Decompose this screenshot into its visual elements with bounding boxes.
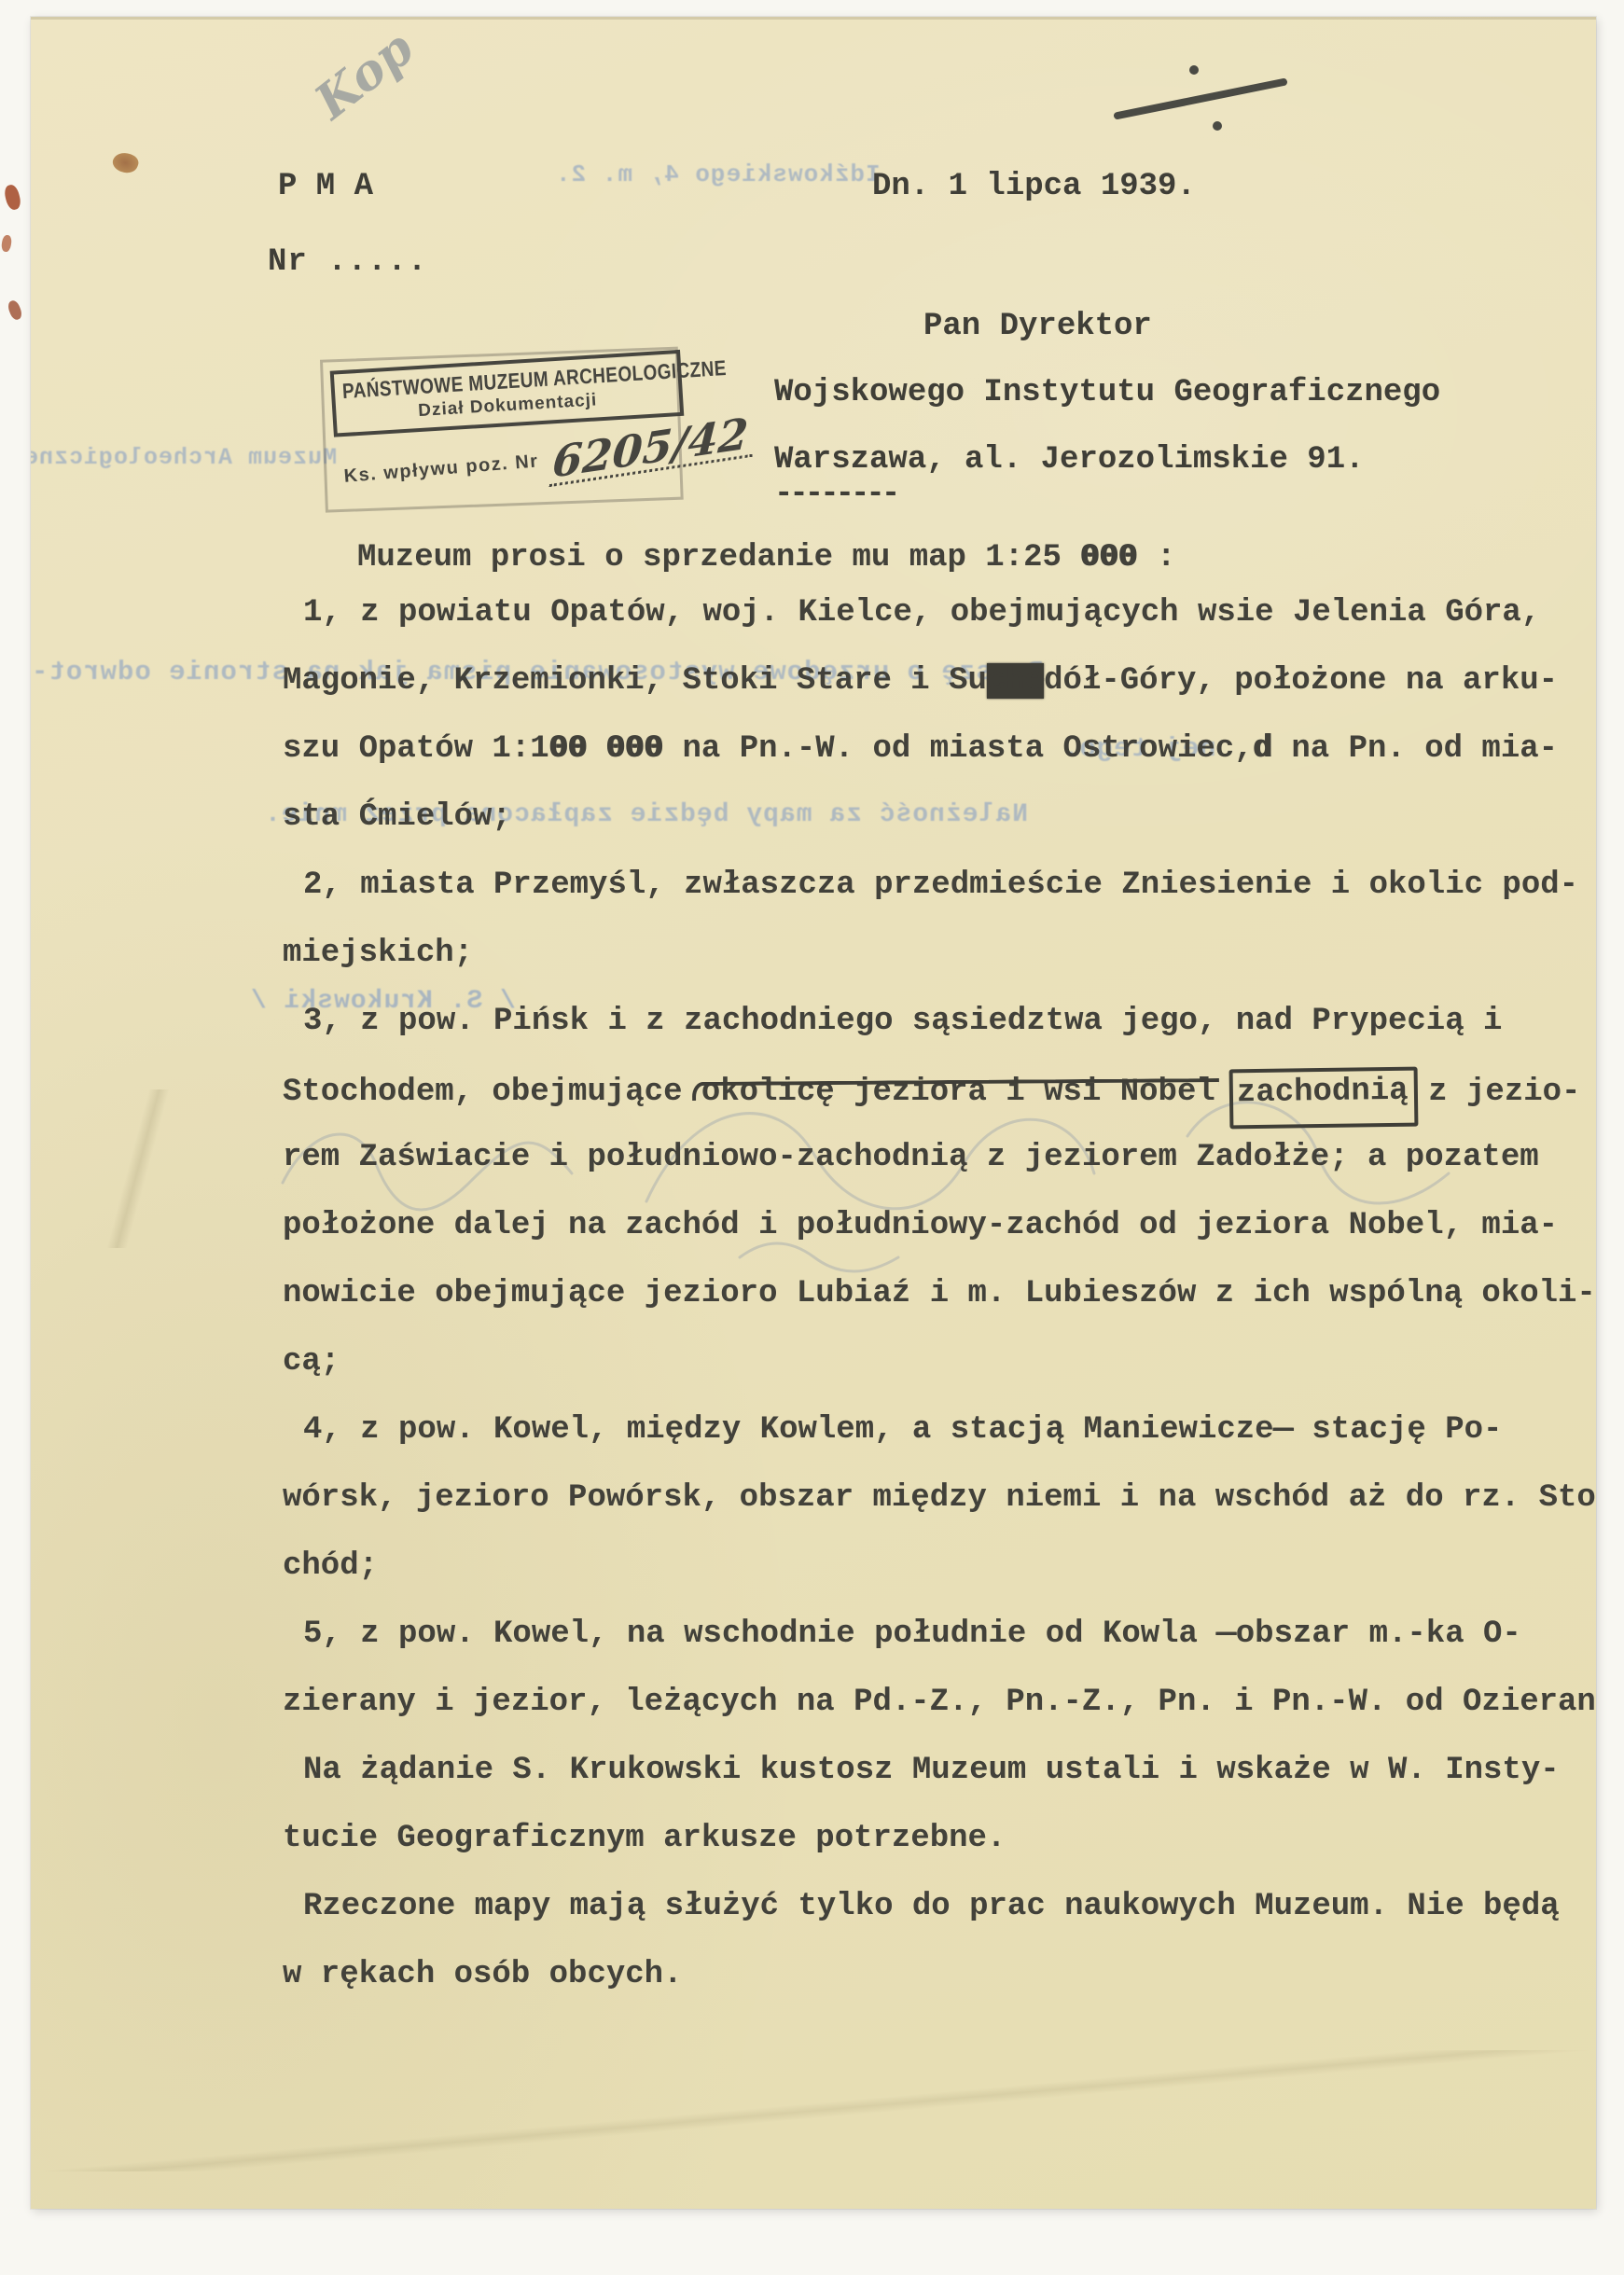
- text-segment: 000: [1080, 540, 1137, 576]
- text-segment: d: [1254, 731, 1272, 767]
- registry-stamp: PAŃSTWOWE MUZEUM ARCHEOLOGICZNE Dział Do…: [330, 345, 755, 485]
- body-line: 4, z pow. Kowel, między Kowlem, a stacją…: [283, 1412, 1596, 1480]
- paper-crease: [31, 2050, 1596, 2171]
- text-segment: cą;: [283, 1344, 340, 1380]
- stamp-registry-label: Ks. wpływu poz. Nr: [343, 449, 540, 488]
- body-line: 2, miasta Przemyśl, zwłaszcza przedmieśc…: [283, 867, 1596, 936]
- body-line: zierany i jezior, leżących na Pd.-Z., Pn…: [283, 1685, 1596, 1753]
- text-segment: 5, z pow. Kowel, na wschodnie południe o…: [303, 1616, 1216, 1652]
- text-segment: obszar m.-ka O-: [1236, 1616, 1521, 1652]
- text-segment: tucie Geograficznym arkusze potrzebne.: [283, 1821, 1006, 1856]
- body-line: Na żądanie S. Krukowski kustosz Muzeum u…: [283, 1753, 1596, 1821]
- edge-stain: [3, 184, 22, 212]
- text-segment: z jezio-: [1409, 1075, 1581, 1110]
- text-segment: miejskich;: [283, 936, 473, 971]
- text-segment: 2, miasta Przemyśl, zwłaszcza przedmieśc…: [303, 867, 1578, 903]
- text-segment: w rękach osób obcych.: [283, 1957, 682, 1992]
- edge-stain: [7, 299, 23, 322]
- text-segment: 3, z pow. Pińsk i z zachodniego sąsiedzt…: [303, 1004, 1502, 1039]
- text-segment: che: [987, 663, 1044, 699]
- text-segment: na Pn. od mia-: [1272, 731, 1558, 767]
- body-line: 1, z powiatu Opatów, woj. Kielce, obejmu…: [283, 595, 1596, 663]
- scan-background: { "annotations": { "pencil_note": "Kop",…: [0, 0, 1624, 2275]
- text-segment: stację Po-: [1293, 1412, 1502, 1448]
- pencil-note: Kop: [304, 20, 423, 131]
- text-segment: wórsk, jezioro Powórsk, obszar między ni…: [283, 1480, 1596, 1516]
- body-line: miejskich;: [283, 936, 1596, 1004]
- text-segment: Magonie, Krzemionki, Stoki Stare i Su: [283, 663, 987, 699]
- letter-body: Muzeum prosi o sprzedanie mu map 1:25 00…: [283, 520, 1596, 2025]
- text-segment: okolicę jeziora i wsi Nobel: [701, 1075, 1215, 1110]
- body-line: cą;: [283, 1344, 1596, 1412]
- rust-stain: [110, 149, 141, 176]
- body-line: 5, z pow. Kowel, na wschodnie południe o…: [283, 1616, 1596, 1685]
- document-paper: Kop Idźkowskiego 4, m. 2.Muzeum Archeolo…: [31, 17, 1596, 2209]
- text-segment: —: [1216, 1616, 1235, 1652]
- text-segment: położone dalej na zachód i południowy-za…: [283, 1208, 1558, 1243]
- body-line: nowicie obejmujące jezioro Lubiaź i m. L…: [283, 1276, 1596, 1344]
- text-segment: dół-Góry, położone na arku-: [1044, 663, 1558, 699]
- text-segment: sta Ćmielów;: [283, 799, 511, 835]
- text-segment: nowicie obejmujące jezioro Lubiaź i m. L…: [283, 1276, 1596, 1311]
- body-intro: Muzeum prosi o sprzedanie mu map 1:25 00…: [283, 520, 1596, 595]
- text-segment: Muzeum prosi o sprzedanie mu map 1:25: [357, 540, 1080, 576]
- body-line: Magonie, Krzemionki, Stoki Stare i Suche…: [283, 663, 1596, 731]
- body-line: szu Opatów 1:100 000 na Pn.-W. od miasta…: [283, 731, 1596, 799]
- edge-stain: [1, 234, 12, 252]
- text-segment: rem Zaświacie i południowo-zachodnią z j…: [283, 1140, 1539, 1175]
- recipient-title: Pan Dyrektor: [923, 308, 1152, 345]
- text-segment: Stochodem, obejmujące: [283, 1075, 701, 1110]
- text-segment: :: [1138, 540, 1176, 576]
- body-line: położone dalej na zachód i południowy-za…: [283, 1208, 1596, 1276]
- text-segment: 4, z pow. Kowel, między Kowlem, a stacją…: [303, 1412, 1274, 1448]
- text-segment: Na żądanie S. Krukowski kustosz Muzeum u…: [303, 1753, 1560, 1788]
- body-line: w rękach osób obcych.: [283, 1957, 1596, 2025]
- sender-initials: P M A: [278, 168, 373, 205]
- bleedthrough-text: Idźkowskiego 4, m. 2.: [555, 160, 881, 188]
- text-segment: Rzeczone mapy mają służyć tylko do prac …: [303, 1889, 1560, 1924]
- text-segment: zachodnią: [1229, 1067, 1419, 1130]
- body-line: chód;: [283, 1548, 1596, 1616]
- recipient-address: Warszawa, al. Jerozolimskie 91.: [774, 441, 1365, 479]
- body-line: wórsk, jezioro Powórsk, obszar między ni…: [283, 1480, 1596, 1548]
- body-line: tucie Geograficznym arkusze potrzebne.: [283, 1821, 1596, 1889]
- paper-crease: [31, 1089, 245, 1248]
- body-line: rem Zaświacie i południowo-zachodnią z j…: [283, 1140, 1596, 1208]
- text-segment: chód;: [283, 1548, 378, 1584]
- text-segment: 1, z powiatu Opatów, woj. Kielce, obejmu…: [303, 595, 1540, 631]
- text-segment: na Pn.-W. od miasta Ostrowiec,: [663, 731, 1254, 767]
- body-lines: 1, z powiatu Opatów, woj. Kielce, obejmu…: [283, 595, 1596, 2025]
- recipient-institution: Wojskowego Instytutu Geograficznego: [774, 374, 1440, 411]
- body-line: Rzeczone mapy mają służyć tylko do prac …: [283, 1889, 1596, 1957]
- stamp-registry-number: 6205/42: [549, 413, 756, 488]
- bleedthrough-text: Muzeum Archeologiczne.: [31, 444, 337, 471]
- number-line: Nr .....: [268, 243, 427, 281]
- text-segment: 00 000: [549, 731, 663, 767]
- body-line: 3, z pow. Pińsk i z zachodniego sąsiedzt…: [283, 1004, 1596, 1072]
- address-underline: --------: [774, 476, 896, 513]
- body-line: sta Ćmielów;: [283, 799, 1596, 867]
- text-segment: —: [1274, 1412, 1293, 1448]
- body-line: Stochodem, obejmujące okolicę jeziora i …: [283, 1072, 1596, 1140]
- text-segment: zierany i jezior, leżących na Pd.-Z., Pn…: [283, 1685, 1596, 1720]
- date-line: Dn. 1 lipca 1939.: [872, 168, 1196, 205]
- pen-dash-mark: [1103, 62, 1299, 136]
- text-segment: szu Opatów 1:1: [283, 731, 549, 767]
